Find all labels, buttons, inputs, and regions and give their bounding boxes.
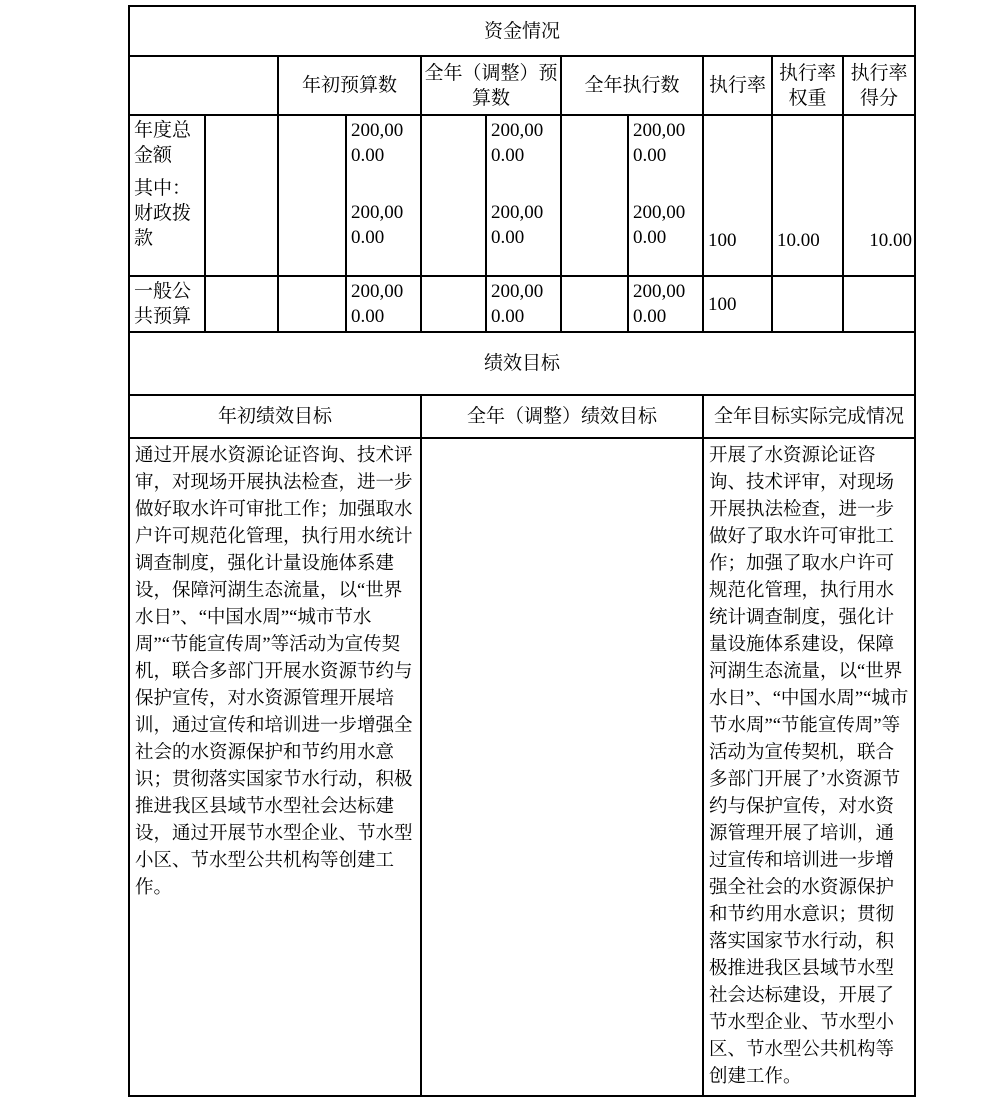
col-header-initial-budget: 年初预算数 (278, 56, 421, 115)
value-initial-budget-total: 200,000.00 (351, 118, 416, 168)
cell-initial-budget-value: 200,000.00 (346, 276, 421, 332)
cell-initial-budget-values: 200,000.00 200,000.00 (346, 115, 421, 276)
cell-empty (421, 276, 486, 332)
value-executed-fiscal: 200,000.00 (633, 200, 698, 250)
col-header-adjusted-budget: 全年（调整）预算数 (421, 56, 561, 115)
value-executed-total: 200,000.00 (633, 118, 698, 168)
performance-section-title: 绩效目标 (129, 332, 915, 395)
cell-execution-rate: 100 (703, 276, 772, 332)
cell-empty (278, 115, 346, 276)
cell-empty (561, 276, 628, 332)
cell-empty (205, 276, 278, 332)
cell-rate-weight: 10.00 (772, 115, 843, 276)
col-header-rate-weight: 执行率权重 (772, 56, 843, 115)
cell-adjusted-budget-values: 200,000.00 200,000.00 (486, 115, 561, 276)
value-adjusted-budget-total: 200,000.00 (491, 118, 556, 168)
budget-performance-table: 资金情况 年初预算数 全年（调整）预算数 全年执行数 执行率 执行率权重 执行率… (128, 5, 916, 1097)
cell-executed-values: 200,000.00 200,000.00 (628, 115, 703, 276)
value-initial-budget-fiscal: 200,000.00 (351, 200, 416, 250)
funding-performance-grid: 资金情况 年初预算数 全年（调整）预算数 全年执行数 执行率 执行率权重 执行率… (128, 5, 916, 1097)
col-header-actual-completion: 全年目标实际完成情况 (703, 395, 915, 438)
cell-general-public-budget-label: 一般公共预算 (129, 276, 205, 332)
value-adjusted-budget-fiscal: 200,000.00 (491, 200, 556, 250)
cell-adjusted-goal-text (421, 438, 703, 1096)
cell-annual-total-label: 年度总金额 其中：财政拨款 (129, 115, 205, 276)
col-header-execution-rate: 执行率 (703, 56, 772, 115)
cell-rate-score: 10.00 (843, 115, 915, 276)
cell-initial-goal-text: 通过开展水资源论证咨询、技术评审，对现场开展执法检查，进一步做好取水许可审批工作… (129, 438, 421, 1096)
cell-empty (278, 276, 346, 332)
label-annual-total: 年度总金额 (134, 118, 200, 168)
cell-actual-completion-text: 开展了水资源论证咨询、技术评审，对现场开展执法检查，进一步做好了取水许可审批工作… (703, 438, 915, 1096)
label-fiscal-appropriation: 其中：财政拨款 (134, 176, 200, 251)
funding-section-title: 资金情况 (129, 6, 915, 56)
cell-empty (205, 115, 278, 276)
cell-empty (421, 115, 486, 276)
col-header-executed-amount: 全年执行数 (561, 56, 703, 115)
cell-rate-weight-empty (772, 276, 843, 332)
cell-execution-rate: 100 (703, 115, 772, 276)
col-header-rate-score: 执行率得分 (843, 56, 915, 115)
cell-adjusted-budget-value: 200,000.00 (486, 276, 561, 332)
row-label-header-empty (129, 56, 278, 115)
col-header-initial-goal: 年初绩效目标 (129, 395, 421, 438)
col-header-adjusted-goal: 全年（调整）绩效目标 (421, 395, 703, 438)
cell-rate-score-empty (843, 276, 915, 332)
cell-executed-value: 200,000.00 (628, 276, 703, 332)
cell-empty (561, 115, 628, 276)
